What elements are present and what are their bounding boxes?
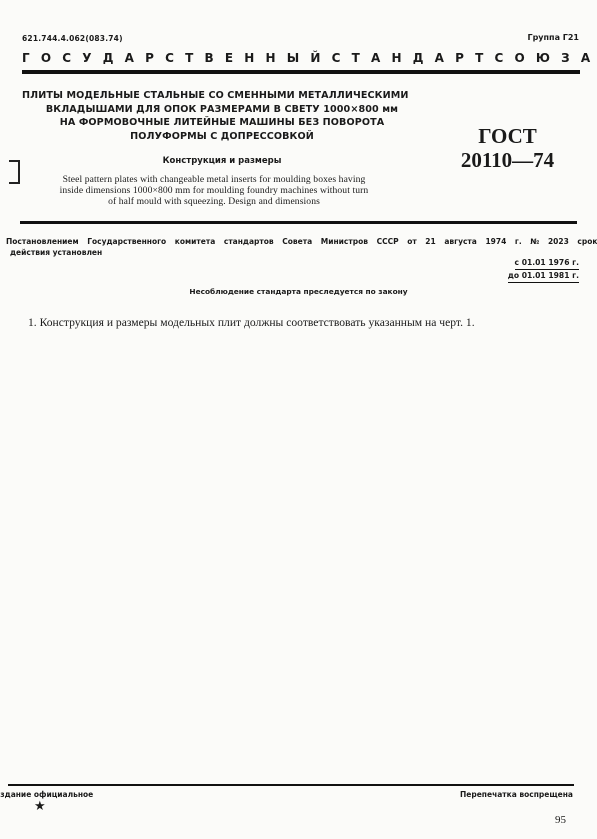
footer-rule — [8, 784, 574, 786]
date-to: до 01.01 1981 г. — [508, 270, 579, 283]
group-code: Группа Г21 — [527, 33, 579, 42]
title-rule — [20, 221, 577, 224]
gost-number: 20110—74 — [440, 148, 575, 172]
english-title-line: of half mould with squeezing. Design and… — [28, 196, 400, 207]
header-rule — [22, 70, 580, 74]
approval-line: Постановлением Государственного комитета… — [6, 236, 578, 247]
banner-word: СОЮЗА — [494, 51, 597, 65]
document-title: ПЛИТЫ МОДЕЛЬНЫЕ СТАЛЬНЫЕ СО СМЕННЫМИ МЕТ… — [22, 89, 422, 143]
standard-banner: ГОСУДАРСТВЕННЫЙ СТАНДАРТ СОЮЗА ССР — [22, 51, 582, 65]
validity-dates: с 01.01 1976 г. до 01.01 1981 г. — [508, 257, 579, 283]
approval-line: действия установлен — [10, 247, 578, 258]
document-subtitle: Конструкция и размеры — [22, 156, 422, 166]
banner-word: СТАНДАРТ — [332, 51, 495, 65]
banner-word: ГОСУДАРСТВЕННЫЙ — [22, 51, 332, 65]
reprint-prohibited: Перепечатка воспрещена — [460, 790, 573, 799]
title-line: ВКЛАДЫШАМИ ДЛЯ ОПОК РАЗМЕРАМИ В СВЕТУ 10… — [22, 103, 422, 117]
gost-label: ГОСТ — [440, 124, 575, 148]
approval-statement: Постановлением Государственного комитета… — [20, 236, 578, 258]
english-title: Steel pattern plates with changeable met… — [28, 174, 400, 207]
page-number: 95 — [555, 814, 566, 826]
udk-code: 621.744.4.062(083.74) — [22, 34, 123, 43]
english-title-line: inside dimensions 1000×800 mm for mouldi… — [28, 185, 400, 196]
english-title-line: Steel pattern plates with changeable met… — [28, 174, 400, 185]
bracket-mark-icon — [9, 160, 20, 184]
law-notice: Несоблюдение стандарта преследуется по з… — [0, 287, 597, 296]
star-icon: ★ — [34, 799, 46, 814]
title-line: ПЛИТЫ МОДЕЛЬНЫЕ СТАЛЬНЫЕ СО СМЕННЫМИ МЕТ… — [22, 89, 422, 103]
title-line: ПОЛУФОРМЫ С ДОПРЕССОВКОЙ — [22, 130, 422, 144]
paragraph-1: 1. Конструкция и размеры модельных плит … — [28, 316, 475, 329]
official-edition: Издание официальное — [0, 790, 93, 799]
gost-designation: ГОСТ 20110—74 — [440, 124, 575, 172]
title-line: НА ФОРМОВОЧНЫЕ ЛИТЕЙНЫЕ МАШИНЫ БЕЗ ПОВОР… — [22, 116, 422, 130]
date-from: с 01.01 1976 г. — [515, 257, 579, 270]
